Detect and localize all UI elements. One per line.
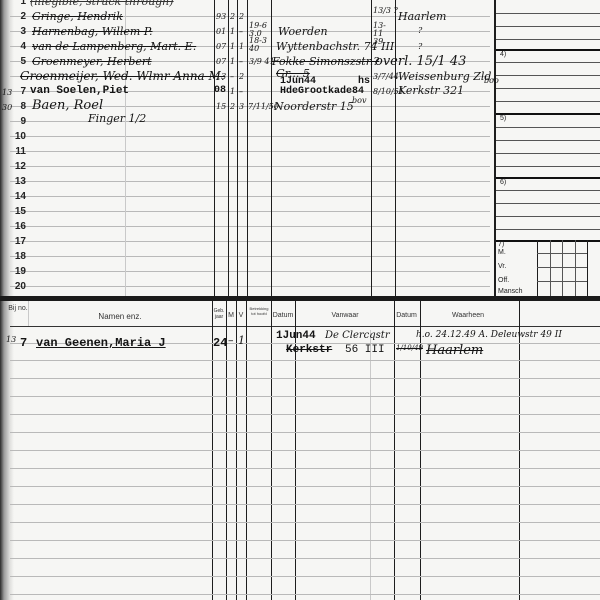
entry-name: (illegible, struck through) <box>30 0 174 8</box>
rule <box>10 226 490 227</box>
row-number: 11 <box>0 146 26 157</box>
rule <box>10 286 490 287</box>
grid-line <box>537 240 538 296</box>
header-v: V <box>236 312 246 319</box>
rule <box>10 468 600 469</box>
entry-annotation: boo <box>484 76 499 85</box>
rule <box>496 62 600 63</box>
rule <box>10 486 600 487</box>
rule <box>496 216 600 217</box>
rule <box>10 576 600 577</box>
rule <box>496 75 600 76</box>
column-divider <box>228 0 229 296</box>
column-divider <box>271 0 272 296</box>
rule <box>496 13 600 14</box>
register-page: 1 2 3 4 5 7 8 9 10 11 12 13 14 15 16 17 … <box>0 0 600 600</box>
row-number: 20 <box>0 281 26 292</box>
rule <box>10 181 490 182</box>
entry-date2: 1/10/49 <box>396 344 423 352</box>
box-row-label: M. <box>498 249 506 256</box>
grid-line <box>550 240 551 296</box>
entry-name: van Soelen,Piet <box>30 85 129 97</box>
row-number: 15 <box>0 206 26 217</box>
rule <box>496 229 600 230</box>
header-waarheen: Waarheen <box>420 312 516 319</box>
row-number: 3 <box>0 26 26 37</box>
entry-v: – <box>239 57 243 66</box>
entry-subnote: Finger 1/2 <box>88 112 146 125</box>
row-number: 17 <box>0 236 26 247</box>
entry-to-line2: Haarlem <box>426 343 483 358</box>
grid-line <box>537 267 587 268</box>
entry-m: – <box>230 72 234 81</box>
row-number: 2 <box>0 11 26 22</box>
entry-m: 2 <box>230 102 235 111</box>
entry-name: Gringe, Hendrik <box>32 10 123 23</box>
box-row-label: Mansch <box>498 288 523 295</box>
entry-date2: 13/3 ? <box>373 6 398 15</box>
entry-date1: 3/9 41 <box>249 57 275 66</box>
entry-code: 08 <box>214 85 226 96</box>
header-bottom-rule <box>10 326 600 327</box>
entry-row-number: 7 <box>20 336 27 350</box>
row-number: 18 <box>0 251 26 262</box>
entry-date1: 18-3 40 <box>249 37 271 53</box>
entry-place-from: Noorderstr 15 <box>274 100 354 113</box>
entry-place-to: ? <box>418 26 422 35</box>
row-number: 14 <box>0 191 26 202</box>
row-number: 9 <box>0 116 26 127</box>
section-divider <box>496 240 600 242</box>
rule <box>496 153 600 154</box>
entry-place-to: Kerkstr 321 <box>398 84 464 97</box>
row-number: 10 <box>0 131 26 142</box>
entry-m: 1 <box>230 87 235 96</box>
rule <box>10 166 490 167</box>
entry-birth-year: 24 <box>213 336 227 350</box>
entry-name: van de Lampenberg, Mart. E. <box>32 40 196 53</box>
entry-prefix: 13 <box>6 335 16 344</box>
entry-v: 2 <box>239 12 244 21</box>
entry-name: Groenmeijer, Wed. Wlmr Anna M. <box>20 69 225 83</box>
rule <box>496 166 600 167</box>
section-divider <box>496 49 600 51</box>
column-divider <box>237 0 238 296</box>
rule <box>10 121 490 122</box>
entry-code: 07 <box>216 42 226 51</box>
header-m: M <box>226 312 236 319</box>
box-row-label: Vr. <box>498 263 506 270</box>
entry-place-from: Wyttenbachstr. 74 III <box>276 40 394 53</box>
entry-place-from: Woerden <box>278 25 328 38</box>
entry-m: 2 <box>230 12 235 21</box>
rule <box>10 378 600 379</box>
rule <box>496 101 600 102</box>
rule <box>10 396 600 397</box>
box-row-label: Off. <box>498 277 509 284</box>
rule <box>10 196 490 197</box>
entry-v: 1 <box>239 42 244 51</box>
rule <box>496 127 600 128</box>
column-divider <box>247 0 248 296</box>
row-number: 5 <box>0 56 26 67</box>
row-number: 13 <box>0 176 26 187</box>
entry-place-to: Weissenburg Zld. <box>398 70 495 83</box>
entry-m: 1 <box>230 57 235 66</box>
header-betrekking: Betrekking tot hoofd <box>247 306 271 316</box>
entry-name: Baen, Roel <box>32 98 103 113</box>
row-number: 16 <box>0 221 26 232</box>
rule <box>10 432 600 433</box>
rule <box>10 241 490 242</box>
grid-line <box>537 253 587 254</box>
column-divider <box>214 0 215 296</box>
entry-v: – <box>239 27 243 36</box>
rule <box>10 211 490 212</box>
entry-name: van Geenen,Maria J <box>36 336 166 350</box>
entry-place-to: overl. 15/1 43 <box>375 54 466 69</box>
rule <box>496 39 600 40</box>
header-vanwaar: Vanwaar <box>296 312 394 319</box>
grid-line <box>587 240 588 296</box>
entry-code: 15 <box>216 102 226 111</box>
rule <box>10 558 600 559</box>
rule <box>10 151 490 152</box>
rule <box>10 271 490 272</box>
entry-m: 1 <box>230 42 235 51</box>
rule <box>496 203 600 204</box>
entry-m: 1 <box>230 27 235 36</box>
entry-annotation: hs <box>358 76 370 87</box>
rule <box>10 414 600 415</box>
grid-line <box>537 281 587 282</box>
column-divider <box>494 0 496 296</box>
sheet-separator <box>0 296 600 301</box>
entry-code: 13 <box>216 72 226 81</box>
entry-v: 3 <box>239 102 244 111</box>
entry-m: – <box>228 334 234 347</box>
section-label: 4) <box>500 51 506 58</box>
entry-to-line1: h.o. 24.12.49 A. Deleuwstr 49 II <box>416 330 562 340</box>
row-number: 12 <box>0 161 26 172</box>
rule <box>10 504 600 505</box>
entry-code: 07 <box>216 57 226 66</box>
entry-v: 2 <box>239 72 244 81</box>
entry-date2: 3/7/44 <box>373 72 399 81</box>
rule <box>10 522 600 523</box>
entry-v: 1 <box>238 334 245 347</box>
box-label: 7) <box>498 241 504 248</box>
entry-name: Groenmeyer, Herbert <box>32 55 152 68</box>
header-geb-jaar: Geb. jaar <box>213 308 225 320</box>
entry-place-to: ? <box>418 42 422 51</box>
entry-from-struck: Kerkstr <box>286 344 332 356</box>
section-divider <box>496 177 600 179</box>
column-divider <box>28 301 29 326</box>
entry-code: 93 <box>216 12 226 21</box>
row-number: 4 <box>0 41 26 52</box>
header-datum-2: Datum <box>394 312 419 319</box>
entry-prefix: 13 <box>2 88 12 97</box>
header-namen: Namen enz. <box>30 312 210 321</box>
row-number: 1 <box>0 0 26 7</box>
section-label: 5) <box>500 115 506 122</box>
rule <box>496 88 600 89</box>
entry-annotation: bov <box>352 96 366 105</box>
column-divider <box>395 0 396 296</box>
rule <box>496 140 600 141</box>
entry-from-line2: 56 III <box>345 344 385 356</box>
grid-line <box>575 240 576 296</box>
grid-line <box>562 240 563 296</box>
entry-v: – <box>239 87 243 96</box>
section-divider <box>496 113 600 115</box>
entry-prefix: 30 <box>2 103 12 112</box>
entry-code: 01 <box>216 27 226 36</box>
header-bij-no: Bij no. <box>8 305 28 312</box>
entry-place-to: Haarlem <box>398 10 446 23</box>
section-label: 6) <box>500 179 506 186</box>
entry-name: Harnenbag, Willem P. <box>32 25 153 38</box>
rule <box>10 594 600 595</box>
entry-date: 1Jun44 <box>276 330 316 342</box>
rule <box>10 136 490 137</box>
header-datum-1: Datum <box>271 312 295 319</box>
column-divider <box>370 330 371 600</box>
rule <box>496 26 600 27</box>
rule <box>496 190 600 191</box>
entry-from-line1: De Clercqstr <box>325 330 390 341</box>
rule <box>10 360 600 361</box>
rule <box>10 256 490 257</box>
rule <box>10 540 600 541</box>
row-number: 19 <box>0 266 26 277</box>
rule <box>10 450 600 451</box>
